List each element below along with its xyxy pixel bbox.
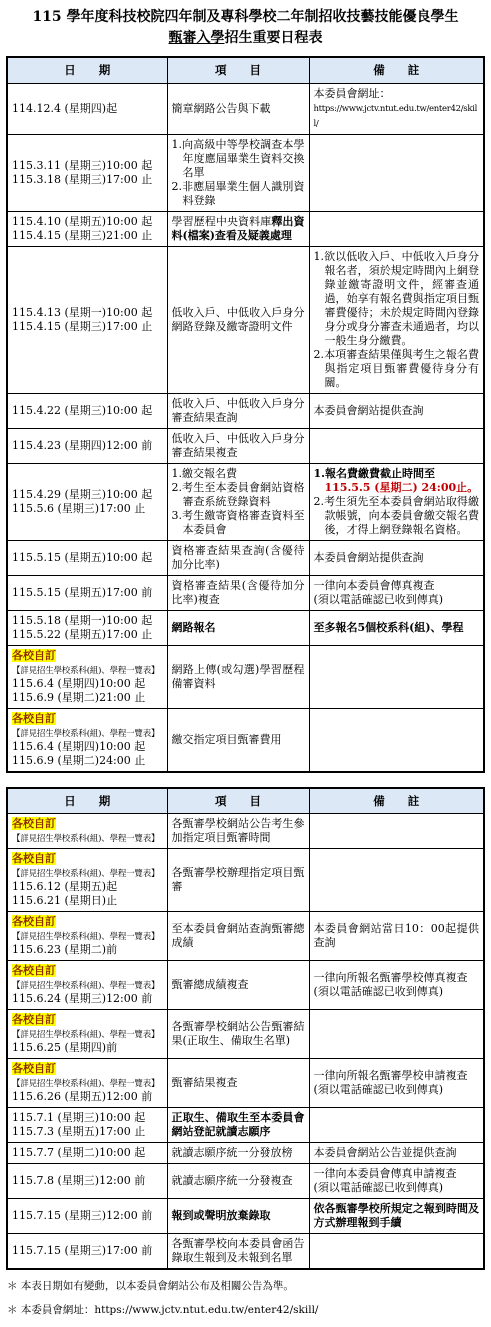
text-line: 115.5.15 (星期五)17:00 前: [12, 586, 163, 600]
text-segment: 學習歷程中央資料庫: [172, 215, 272, 228]
committee-url-text: https://www.jctv.ntut.edu.tw/enter42/ski…: [314, 104, 478, 129]
table-row: 各校自訂【詳見招生學校系科(組)、學程一覽表】115.6.26 (星期五)12:…: [7, 1059, 484, 1108]
text-segment: 低收入戶、中低收入戶身分審查結果查詢: [172, 397, 305, 424]
title-line2-rest: 招生重要日程表: [225, 30, 323, 46]
text-segment: (須以電話確認已收到傳真): [314, 985, 444, 998]
table-row: 114.12.4 (星期四)起簡章網路公告與下載本委員會網址：https://w…: [7, 83, 484, 134]
text-line: 115.6.4 (星期四)10:00 起: [12, 677, 163, 691]
text-segment: 【詳見招生學校系科(組)、學程一覽表】: [12, 666, 159, 676]
note-cell: [309, 1234, 484, 1270]
text-segment: 115.5.6 (星期三)17:00 止: [12, 502, 145, 515]
text-line: 低收入戶、中低收入戶身分審查結果查詢: [172, 397, 305, 425]
text-segment: (須以電話確認已收到傳真): [314, 1181, 444, 1194]
text-line: 各校自訂: [12, 817, 163, 831]
text-segment: 115.5.22 (星期五)17:00 止: [12, 628, 152, 641]
text-segment: 115.7.15 (星期三)17:00 前: [12, 1244, 152, 1257]
date-cell: 各校自訂【詳見招生學校系科(組)、學程一覽表】115.6.23 (星期二)前: [7, 912, 167, 961]
text-segment: 一律向本委員會傳真複查: [314, 579, 435, 592]
text-line: 一律向本委員會傳真複查: [314, 579, 480, 593]
text-segment: 114.12.4 (星期四)起: [12, 102, 117, 115]
text-line: 1.欲以低收入戶、中低收入戶身分報名者，須於規定時間內上網登錄並繳寄證明文件，經…: [314, 250, 480, 348]
text-line: 【詳見招生學校系科(組)、學程一覽表】: [12, 929, 163, 943]
text-segment: 115.4.22 (星期三)10:00 起: [12, 404, 152, 417]
text-line: 各校自訂: [12, 649, 163, 663]
page-title: 115 學年度科技校院四年制及專科學校二年制招收技藝技能優良學生 甄審入學招生重…: [0, 0, 491, 49]
note-cell: 本委員會網站提供查詢: [309, 393, 484, 428]
text-line: 各校自訂: [12, 915, 163, 929]
text-line: 115.6.12 (星期五)起: [12, 880, 163, 894]
note-cell: 一律向本委員會傳真申請複查(須以電話確認已收到傳真): [309, 1164, 484, 1199]
text-line: 甄審結果複查: [172, 1076, 305, 1090]
item-cell: 低收入戶、中低收入戶身分審查結果複查: [167, 428, 309, 463]
self-scheduled-label: 各校自訂: [12, 964, 56, 977]
text-line: 一律向所報名甄審學校傳真複查: [314, 971, 480, 985]
table-row: 115.5.15 (星期五)17:00 前資格審查結果(含優待加分比率)複查一律…: [7, 575, 484, 610]
date-cell: 115.4.22 (星期三)10:00 起: [7, 393, 167, 428]
footnotes: ＊ 本表日期如有變動，以本委員會網站公布及相關公告為準。 ＊ 本委員會網址：ht…: [7, 1279, 484, 1319]
text-segment: 115.6.24 (星期三)12:00 前: [12, 992, 152, 1005]
note-cell: [309, 1010, 484, 1059]
text-segment: 甄審總成績複查: [172, 978, 249, 991]
text-line: (須以電話確認已收到傳真): [314, 593, 480, 607]
text-segment: 本委員會網站提供查詢: [314, 404, 424, 417]
item-cell: 各甄審學校辦理指定項目甄審: [167, 849, 309, 912]
col-header-date: 日 期: [7, 788, 167, 814]
text-segment: 115.7.3 (星期五)17:00 止: [12, 1125, 145, 1138]
text-line: 115.4.10 (星期五)10:00 起: [12, 215, 163, 229]
item-cell: 簡章網路公告與下載: [167, 83, 309, 134]
date-cell: 115.4.23 (星期四)12:00 前: [7, 428, 167, 463]
note-cell: 本委員會網站當日10：00起提供查詢: [309, 912, 484, 961]
text-segment: 至本委員會網站查詢甄審總成績: [172, 922, 305, 949]
note-cell: 一律向所報名甄審學校傳真複查(須以電話確認已收到傳真): [309, 961, 484, 1010]
table-row: 各校自訂【詳見招生學校系科(組)、學程一覽表】115.6.23 (星期二)前至本…: [7, 912, 484, 961]
text-segment: 各甄審學校網站公告考生參加指定項目甄審時間: [172, 817, 305, 844]
text-line: 各校自訂: [12, 1062, 163, 1076]
item-cell: 1.繳交報名費2.考生至本委員會網站資格審查系統登錄資料3.考生繳寄資格審查資料…: [167, 463, 309, 540]
text-line: https://www.jctv.ntut.edu.tw/enter42/ski…: [314, 101, 480, 131]
text-line: 115.7.1 (星期三)10:00 起: [12, 1111, 163, 1125]
date-cell: 115.7.1 (星期三)10:00 起115.7.3 (星期五)17:00 止: [7, 1108, 167, 1143]
text-line: 各校自訂: [12, 964, 163, 978]
text-segment: 115.7.7 (星期二)10:00 起: [12, 1146, 145, 1159]
note-cell: [309, 708, 484, 772]
text-line: 115.3.11 (星期三)10:00 起: [12, 159, 163, 173]
table-row: 115.4.10 (星期五)10:00 起115.4.15 (星期三)21:00…: [7, 211, 484, 246]
text-line: 網路上傳(或勾選)學習歷程備審資料: [172, 663, 305, 691]
text-line: 本委員會網站公告並提供查詢: [314, 1146, 480, 1160]
text-line: 115.4.22 (星期三)10:00 起: [12, 404, 163, 418]
text-segment: 資格審查結果查詢(含優待加分比率): [172, 544, 305, 571]
text-segment: 1.向高級中等學校調查本學年度應屆畢業生資料交換名單: [172, 138, 305, 179]
text-segment: 【詳見招生學校系科(組)、學程一覽表】: [12, 1030, 159, 1040]
text-segment: 簡章網路公告與下載: [172, 102, 271, 115]
date-cell: 115.5.18 (星期一)10:00 起115.5.22 (星期五)17:00…: [7, 610, 167, 645]
text-line: 一律向本委員會傳真申請複查: [314, 1167, 480, 1181]
note-cell: 本委員會網站提供查詢: [309, 540, 484, 575]
table-row: 115.4.13 (星期一)10:00 起115.4.15 (星期三)17:00…: [7, 246, 484, 393]
text-segment: 1.繳交報名費: [172, 467, 238, 480]
date-cell: 115.4.10 (星期五)10:00 起115.4.15 (星期三)21:00…: [7, 211, 167, 246]
note-cell: 至多報名5個校系科(組)、學程: [309, 610, 484, 645]
item-cell: 資格審查結果查詢(含優待加分比率): [167, 540, 309, 575]
note-cell: 1.欲以低收入戶、中低收入戶身分報名者，須於規定時間內上網登錄並繳寄證明文件，經…: [309, 246, 484, 393]
note-cell: [309, 428, 484, 463]
table-row: 各校自訂【詳見招生學校系科(組)、學程一覽表】各甄審學校網站公告考生參加指定項目…: [7, 814, 484, 849]
text-line: 115.5.22 (星期五)17:00 止: [12, 628, 163, 642]
text-segment: 資格審查結果(含優待加分比率)複查: [172, 579, 305, 606]
date-cell: 115.7.15 (星期三)12:00 前: [7, 1199, 167, 1234]
item-cell: 學習歷程中央資料庫釋出資料(檔案)查看及疑義處理: [167, 211, 309, 246]
text-line: 115.6.9 (星期二)24:00 止: [12, 754, 163, 768]
date-cell: 各校自訂【詳見招生學校系科(組)、學程一覽表】: [7, 814, 167, 849]
note-cell: [309, 814, 484, 849]
text-line: 至多報名5個校系科(組)、學程: [314, 621, 480, 635]
text-line: 【詳見招生學校系科(組)、學程一覽表】: [12, 726, 163, 740]
text-segment: 【詳見招生學校系科(組)、學程一覽表】: [12, 869, 159, 879]
text-segment: 115.7.1 (星期三)10:00 起: [12, 1111, 145, 1124]
item-cell: 資格審查結果(含優待加分比率)複查: [167, 575, 309, 610]
table-row: 115.5.15 (星期五)10:00 起資格審查結果查詢(含優待加分比率)本委…: [7, 540, 484, 575]
text-segment: 就讀志願序統一分發複查: [172, 1174, 293, 1187]
text-segment: 3.考生繳寄資格審查資料至本委員會: [172, 509, 305, 536]
note-cell: [309, 211, 484, 246]
text-segment: 115.4.15 (星期三)17:00 止: [12, 320, 152, 333]
header-row: 日 期 項 目 備 註: [7, 57, 484, 83]
text-line: 115.3.18 (星期三)17:00 止: [12, 173, 163, 187]
text-line: 115.7.15 (星期三)17:00 前: [12, 1244, 163, 1258]
text-line: 115.7.3 (星期五)17:00 止: [12, 1125, 163, 1139]
text-line: 115.7.8 (星期三)12:00 前: [12, 1174, 163, 1188]
text-segment: 2.考生須先至本委員會網站取得繳款帳號，向本委員會繳交報名費後，才得上網登錄報名…: [314, 495, 480, 536]
item-cell: 網路報名: [167, 610, 309, 645]
text-segment: 2.本項審查結果僅與考生之報名費與指定項目甄審費優待身分有關。: [314, 348, 480, 389]
date-cell: 115.7.7 (星期二)10:00 起: [7, 1143, 167, 1164]
text-segment: 繳交指定項目甄審費用: [172, 733, 282, 746]
text-line: 各甄審學校向本委員會函告錄取生報到及未報到名單: [172, 1237, 305, 1265]
text-segment: 一律向所報名甄審學校傳真複查: [314, 971, 468, 984]
note-cell: [309, 1108, 484, 1143]
item-cell: 就讀志願序統一分發放榜: [167, 1143, 309, 1164]
text-segment: 網路報名: [172, 621, 216, 634]
date-cell: 各校自訂【詳見招生學校系科(組)、學程一覽表】115.6.24 (星期三)12:…: [7, 961, 167, 1010]
text-line: 1.報名費繳費截止時間至: [314, 467, 480, 481]
text-line: 【詳見招生學校系科(組)、學程一覽表】: [12, 831, 163, 845]
text-segment: 1.欲以低收入戶、中低收入戶身分報名者，須於規定時間內上網登錄並繳寄證明文件，經…: [314, 250, 480, 347]
item-cell: 低收入戶、中低收入戶身分網路登錄及繳寄證明文件: [167, 246, 309, 393]
text-segment: 低收入戶、中低收入戶身分審查結果複查: [172, 432, 305, 459]
text-line: 115.5.5 (星期二) 24:00止。: [314, 481, 480, 495]
text-segment: 115.4.13 (星期一)10:00 起: [12, 306, 152, 319]
date-cell: 各校自訂【詳見招生學校系科(組)、學程一覽表】115.6.4 (星期四)10:0…: [7, 708, 167, 772]
text-segment: 115.6.4 (星期四)10:00 起: [12, 740, 145, 753]
text-segment: 115.6.12 (星期五)起: [12, 880, 117, 893]
date-cell: 115.7.15 (星期三)17:00 前: [7, 1234, 167, 1270]
note-cell: [309, 645, 484, 708]
text-segment: 115.4.23 (星期四)12:00 前: [12, 439, 152, 452]
note-cell: 本委員會網址：https://www.jctv.ntut.edu.tw/ente…: [309, 83, 484, 134]
item-cell: 各甄審學校網站公告考生參加指定項目甄審時間: [167, 814, 309, 849]
text-line: 就讀志願序統一分發複查: [172, 1174, 305, 1188]
footnote-committee-url: ＊ 本委員會網址：https://www.jctv.ntut.edu.tw/en…: [7, 1303, 484, 1319]
table-row: 115.4.29 (星期三)10:00 起115.5.6 (星期三)17:00 …: [7, 463, 484, 540]
text-line: (須以電話確認已收到傳真): [314, 1083, 480, 1097]
text-line: 2.非應屆畢業生個人識別資料登錄: [172, 180, 305, 208]
text-segment: 115.4.29 (星期三)10:00 起: [12, 488, 152, 501]
text-line: 115.4.29 (星期三)10:00 起: [12, 488, 163, 502]
text-line: 115.4.13 (星期一)10:00 起: [12, 306, 163, 320]
note-cell: [309, 849, 484, 912]
table-row: 115.4.23 (星期四)12:00 前低收入戶、中低收入戶身分審查結果複查: [7, 428, 484, 463]
table-row: 115.5.18 (星期一)10:00 起115.5.22 (星期五)17:00…: [7, 610, 484, 645]
text-line: 【詳見招生學校系科(組)、學程一覽表】: [12, 978, 163, 992]
text-line: 就讀志願序統一分發放榜: [172, 1146, 305, 1160]
text-line: (須以電話確認已收到傳真): [314, 1181, 480, 1195]
text-line: 本委員會網址：: [314, 87, 480, 101]
text-segment: 115.5.15 (星期五)10:00 起: [12, 551, 152, 564]
text-line: 本委員會網站提供查詢: [314, 551, 480, 565]
text-line: 低收入戶、中低收入戶身分網路登錄及繳寄證明文件: [172, 306, 305, 334]
item-cell: 正取生、備取生至本委員會網站登記就讀志願序: [167, 1108, 309, 1143]
self-scheduled-label: 各校自訂: [12, 1013, 56, 1026]
footnote-date-change: ＊ 本表日期如有變動，以本委員會網站公布及相關公告為準。: [7, 1279, 484, 1295]
text-segment: 115.6.4 (星期四)10:00 起: [12, 677, 145, 690]
footnote-url-label: ＊ 本委員會網址：: [7, 1304, 94, 1316]
note-cell: 一律向本委員會傳真複查(須以電話確認已收到傳真): [309, 575, 484, 610]
text-segment: 【詳見招生學校系科(組)、學程一覽表】: [12, 729, 159, 739]
text-segment: 115.6.21 (星期日)止: [12, 894, 117, 907]
text-line: 一律向所報名甄審學校申請複查: [314, 1069, 480, 1083]
self-scheduled-label: 各校自訂: [12, 1062, 56, 1075]
table-row: 各校自訂【詳見招生學校系科(組)、學程一覽表】115.6.24 (星期三)12:…: [7, 961, 484, 1010]
text-line: 115.6.25 (星期四)前: [12, 1041, 163, 1055]
text-line: 各甄審學校網站公告考生參加指定項目甄審時間: [172, 817, 305, 845]
text-segment: 115.4.15 (星期三)21:00 止: [12, 229, 152, 242]
text-line: 115.6.4 (星期四)10:00 起: [12, 740, 163, 754]
text-line: 115.6.21 (星期日)止: [12, 894, 163, 908]
table-row: 115.7.1 (星期三)10:00 起115.7.3 (星期五)17:00 止…: [7, 1108, 484, 1143]
date-cell: 各校自訂【詳見招生學校系科(組)、學程一覽表】115.6.12 (星期五)起11…: [7, 849, 167, 912]
text-line: 115.5.18 (星期一)10:00 起: [12, 614, 163, 628]
table-row: 各校自訂【詳見招生學校系科(組)、學程一覽表】115.6.25 (星期四)前各甄…: [7, 1010, 484, 1059]
text-segment: 正取生、備取生至本委員會網站登記就讀志願序: [172, 1111, 305, 1138]
text-line: 115.7.7 (星期二)10:00 起: [12, 1146, 163, 1160]
text-line: (須以電話確認已收到傳真): [314, 985, 480, 999]
text-line: 【詳見招生學校系科(組)、學程一覽表】: [12, 866, 163, 880]
table-row: 115.3.11 (星期三)10:00 起115.3.18 (星期三)17:00…: [7, 134, 484, 211]
text-segment: 115.5.15 (星期五)17:00 前: [12, 586, 152, 599]
self-scheduled-label: 各校自訂: [12, 915, 56, 928]
text-line: 各校自訂: [12, 852, 163, 866]
text-line: 各校自訂: [12, 1013, 163, 1027]
item-cell: 甄審總成績複查: [167, 961, 309, 1010]
text-segment: 網路上傳(或勾選)學習歷程備審資料: [172, 663, 305, 690]
text-segment: 115.4.10 (星期五)10:00 起: [12, 215, 152, 228]
item-cell: 甄審結果複查: [167, 1059, 309, 1108]
schedule-table-1: 日 期 項 目 備 註 114.12.4 (星期四)起簡章網路公告與下載本委員會…: [6, 56, 485, 773]
text-segment: 115.6.25 (星期四)前: [12, 1041, 117, 1054]
text-segment: 1.報名費繳費截止時間至: [314, 467, 435, 480]
col-header-note: 備 註: [309, 57, 484, 83]
date-cell: 115.5.15 (星期五)10:00 起: [7, 540, 167, 575]
text-segment: 本委員會網站公告並提供查詢: [314, 1146, 457, 1159]
text-line: 3.考生繳寄資格審查資料至本委員會: [172, 509, 305, 537]
item-cell: 各甄審學校向本委員會函告錄取生報到及未報到名單: [167, 1234, 309, 1270]
col-header-item: 項 目: [167, 788, 309, 814]
text-segment: 一律向所報名甄審學校申請複查: [314, 1069, 468, 1082]
date-cell: 115.3.11 (星期三)10:00 起115.3.18 (星期三)17:00…: [7, 134, 167, 211]
table-row: 各校自訂【詳見招生學校系科(組)、學程一覽表】115.6.12 (星期五)起11…: [7, 849, 484, 912]
text-segment: 115.6.9 (星期二)24:00 止: [12, 754, 145, 767]
text-line: 甄審總成績複查: [172, 978, 305, 992]
text-line: 2.本項審查結果僅與考生之報名費與指定項目甄審費優待身分有關。: [314, 348, 480, 390]
text-segment: 115.3.18 (星期三)17:00 止: [12, 173, 152, 186]
header-row: 日 期 項 目 備 註: [7, 788, 484, 814]
note-cell: [309, 134, 484, 211]
text-segment: 115.6.26 (星期五)12:00 前: [12, 1090, 152, 1103]
col-header-item: 項 目: [167, 57, 309, 83]
text-segment: 各甄審學校網站公告甄審結果(正取生、備取生名單): [172, 1020, 305, 1047]
table-row: 115.7.7 (星期二)10:00 起就讀志願序統一分發放榜本委員會網站公告並…: [7, 1143, 484, 1164]
text-line: 115.6.24 (星期三)12:00 前: [12, 992, 163, 1006]
item-cell: 1.向高級中等學校調查本學年度應屆畢業生資料交換名單2.非應屆畢業生個人識別資料…: [167, 134, 309, 211]
item-cell: 至本委員會網站查詢甄審總成績: [167, 912, 309, 961]
table-row: 115.7.15 (星期三)12:00 前報到或聲明放棄錄取依各甄審學校所規定之…: [7, 1199, 484, 1234]
text-line: 114.12.4 (星期四)起: [12, 102, 163, 116]
text-line: 各甄審學校網站公告甄審結果(正取生、備取生名單): [172, 1020, 305, 1048]
col-header-date: 日 期: [7, 57, 167, 83]
text-segment: 依各甄審學校所規定之報到時間及方式辦理報到手續: [314, 1202, 480, 1229]
schedule-table-2: 日 期 項 目 備 註 各校自訂【詳見招生學校系科(組)、學程一覽表】各甄審學校…: [6, 787, 485, 1271]
text-segment: 本委員會網站當日10：00起提供查詢: [314, 922, 480, 949]
text-line: 學習歷程中央資料庫釋出資料(檔案)查看及疑義處理: [172, 215, 305, 243]
item-cell: 網路上傳(或勾選)學習歷程備審資料: [167, 645, 309, 708]
text-line: 低收入戶、中低收入戶身分審查結果複查: [172, 432, 305, 460]
text-segment: 【詳見招生學校系科(組)、學程一覽表】: [12, 981, 159, 991]
text-line: 115.5.6 (星期三)17:00 止: [12, 502, 163, 516]
text-segment: 115.7.8 (星期三)12:00 前: [12, 1174, 145, 1187]
text-line: 各校自訂: [12, 712, 163, 726]
note-cell: 1.報名費繳費截止時間至115.5.5 (星期二) 24:00止。2.考生須先至…: [309, 463, 484, 540]
item-cell: 報到或聲明放棄錄取: [167, 1199, 309, 1234]
text-segment: 本委員會網站提供查詢: [314, 551, 424, 564]
text-segment: 115.3.11 (星期三)10:00 起: [12, 159, 152, 172]
note-cell: 一律向所報名甄審學校申請複查(須以電話確認已收到傳真): [309, 1059, 484, 1108]
text-line: 資格審查結果(含優待加分比率)複查: [172, 579, 305, 607]
text-line: 依各甄審學校所規定之報到時間及方式辦理報到手續: [314, 1202, 480, 1230]
text-line: 繳交指定項目甄審費用: [172, 733, 305, 747]
text-line: 2.考生至本委員會網站資格審查系統登錄資料: [172, 481, 305, 509]
text-line: 報到或聲明放棄錄取: [172, 1209, 305, 1223]
date-cell: 114.12.4 (星期四)起: [7, 83, 167, 134]
text-line: 2.考生須先至本委員會網站取得繳款帳號，向本委員會繳交報名費後，才得上網登錄報名…: [314, 495, 480, 537]
text-line: 115.5.15 (星期五)10:00 起: [12, 551, 163, 565]
text-line: 1.繳交報名費: [172, 467, 305, 481]
text-segment: 至多報名5個校系科(組)、學程: [314, 621, 464, 634]
text-segment: 115.5.5 (星期二) 24:00止。: [325, 481, 479, 494]
table-row: 115.4.22 (星期三)10:00 起低收入戶、中低收入戶身分審查結果查詢本…: [7, 393, 484, 428]
text-segment: 2.考生至本委員會網站資格審查系統登錄資料: [172, 481, 305, 508]
text-line: 115.6.23 (星期二)前: [12, 943, 163, 957]
text-line: 本委員會網站提供查詢: [314, 404, 480, 418]
text-line: 至本委員會網站查詢甄審總成績: [172, 922, 305, 950]
date-cell: 各校自訂【詳見招生學校系科(組)、學程一覽表】115.6.4 (星期四)10:0…: [7, 645, 167, 708]
text-segment: 報到或聲明放棄錄取: [172, 1209, 271, 1222]
date-cell: 各校自訂【詳見招生學校系科(組)、學程一覽表】115.6.26 (星期五)12:…: [7, 1059, 167, 1108]
text-line: 【詳見招生學校系科(組)、學程一覽表】: [12, 663, 163, 677]
text-line: 115.6.9 (星期二)21:00 止: [12, 691, 163, 705]
self-scheduled-label: 各校自訂: [12, 712, 56, 725]
col-header-note: 備 註: [309, 788, 484, 814]
self-scheduled-label: 各校自訂: [12, 852, 56, 865]
text-line: 網路報名: [172, 621, 305, 635]
text-segment: 就讀志願序統一分發放榜: [172, 1146, 293, 1159]
date-cell: 115.4.13 (星期一)10:00 起115.4.15 (星期三)17:00…: [7, 246, 167, 393]
footnote-url-value: https://www.jctv.ntut.edu.tw/enter42/ski…: [94, 1304, 318, 1316]
text-segment: 各甄審學校辦理指定項目甄審: [172, 866, 305, 893]
item-cell: 就讀志願序統一分發複查: [167, 1164, 309, 1199]
text-segment: 115.7.15 (星期三)12:00 前: [12, 1209, 152, 1222]
text-segment: 【詳見招生學校系科(組)、學程一覽表】: [12, 834, 159, 844]
text-segment: 【詳見招生學校系科(組)、學程一覽表】: [12, 1079, 159, 1089]
table-row: 各校自訂【詳見招生學校系科(組)、學程一覽表】115.6.4 (星期四)10:0…: [7, 708, 484, 772]
text-segment: 甄審結果複查: [172, 1076, 238, 1089]
text-line: 各甄審學校辦理指定項目甄審: [172, 866, 305, 894]
date-cell: 115.7.8 (星期三)12:00 前: [7, 1164, 167, 1199]
text-segment: 115.6.23 (星期二)前: [12, 943, 117, 956]
text-line: 115.4.23 (星期四)12:00 前: [12, 439, 163, 453]
text-segment: 115.6.9 (星期二)21:00 止: [12, 691, 145, 704]
text-line: 【詳見招生學校系科(組)、學程一覽表】: [12, 1027, 163, 1041]
text-line: 簡章網路公告與下載: [172, 102, 305, 116]
date-cell: 115.4.29 (星期三)10:00 起115.5.6 (星期三)17:00 …: [7, 463, 167, 540]
text-line: 1.向高級中等學校調查本學年度應屆畢業生資料交換名單: [172, 138, 305, 180]
table-row: 各校自訂【詳見招生學校系科(組)、學程一覽表】115.6.4 (星期四)10:0…: [7, 645, 484, 708]
text-segment: 【詳見招生學校系科(組)、學程一覽表】: [12, 932, 159, 942]
self-scheduled-label: 各校自訂: [12, 649, 56, 662]
table-row: 115.7.8 (星期三)12:00 前就讀志願序統一分發複查一律向本委員會傳真…: [7, 1164, 484, 1199]
text-segment: 低收入戶、中低收入戶身分網路登錄及繳寄證明文件: [172, 306, 305, 333]
text-segment: 本委員會網址：: [314, 87, 391, 100]
text-line: 115.7.15 (星期三)12:00 前: [12, 1209, 163, 1223]
table-row: 115.7.15 (星期三)17:00 前各甄審學校向本委員會函告錄取生報到及未…: [7, 1234, 484, 1270]
text-line: 115.6.26 (星期五)12:00 前: [12, 1090, 163, 1104]
text-line: 115.4.15 (星期三)21:00 止: [12, 229, 163, 243]
item-cell: 低收入戶、中低收入戶身分審查結果查詢: [167, 393, 309, 428]
date-cell: 各校自訂【詳見招生學校系科(組)、學程一覽表】115.6.25 (星期四)前: [7, 1010, 167, 1059]
text-line: 【詳見招生學校系科(組)、學程一覽表】: [12, 1076, 163, 1090]
title-line2: 甄審入學招生重要日程表: [0, 28, 491, 49]
item-cell: 繳交指定項目甄審費用: [167, 708, 309, 772]
date-cell: 115.5.15 (星期五)17:00 前: [7, 575, 167, 610]
note-cell: 本委員會網站公告並提供查詢: [309, 1143, 484, 1164]
text-segment: 2.非應屆畢業生個人識別資料登錄: [172, 180, 305, 207]
text-segment: (須以電話確認已收到傳真): [314, 1083, 444, 1096]
title-line1: 115 學年度科技校院四年制及專科學校二年制招收技藝技能優良學生: [0, 7, 491, 28]
text-line: 正取生、備取生至本委員會網站登記就讀志願序: [172, 1111, 305, 1139]
text-segment: (須以電話確認已收到傳真): [314, 593, 444, 606]
text-line: 資格審查結果查詢(含優待加分比率): [172, 544, 305, 572]
text-segment: 一律向本委員會傳真申請複查: [314, 1167, 457, 1180]
item-cell: 各甄審學校網站公告甄審結果(正取生、備取生名單): [167, 1010, 309, 1059]
self-scheduled-label: 各校自訂: [12, 817, 56, 830]
title-line2-underlined: 甄審入學: [169, 30, 225, 46]
text-segment: 115.5.18 (星期一)10:00 起: [12, 614, 152, 627]
note-cell: 依各甄審學校所規定之報到時間及方式辦理報到手續: [309, 1199, 484, 1234]
text-line: 115.4.15 (星期三)17:00 止: [12, 320, 163, 334]
text-segment: 各甄審學校向本委員會函告錄取生報到及未報到名單: [172, 1237, 305, 1264]
text-line: 本委員會網站當日10：00起提供查詢: [314, 922, 480, 950]
